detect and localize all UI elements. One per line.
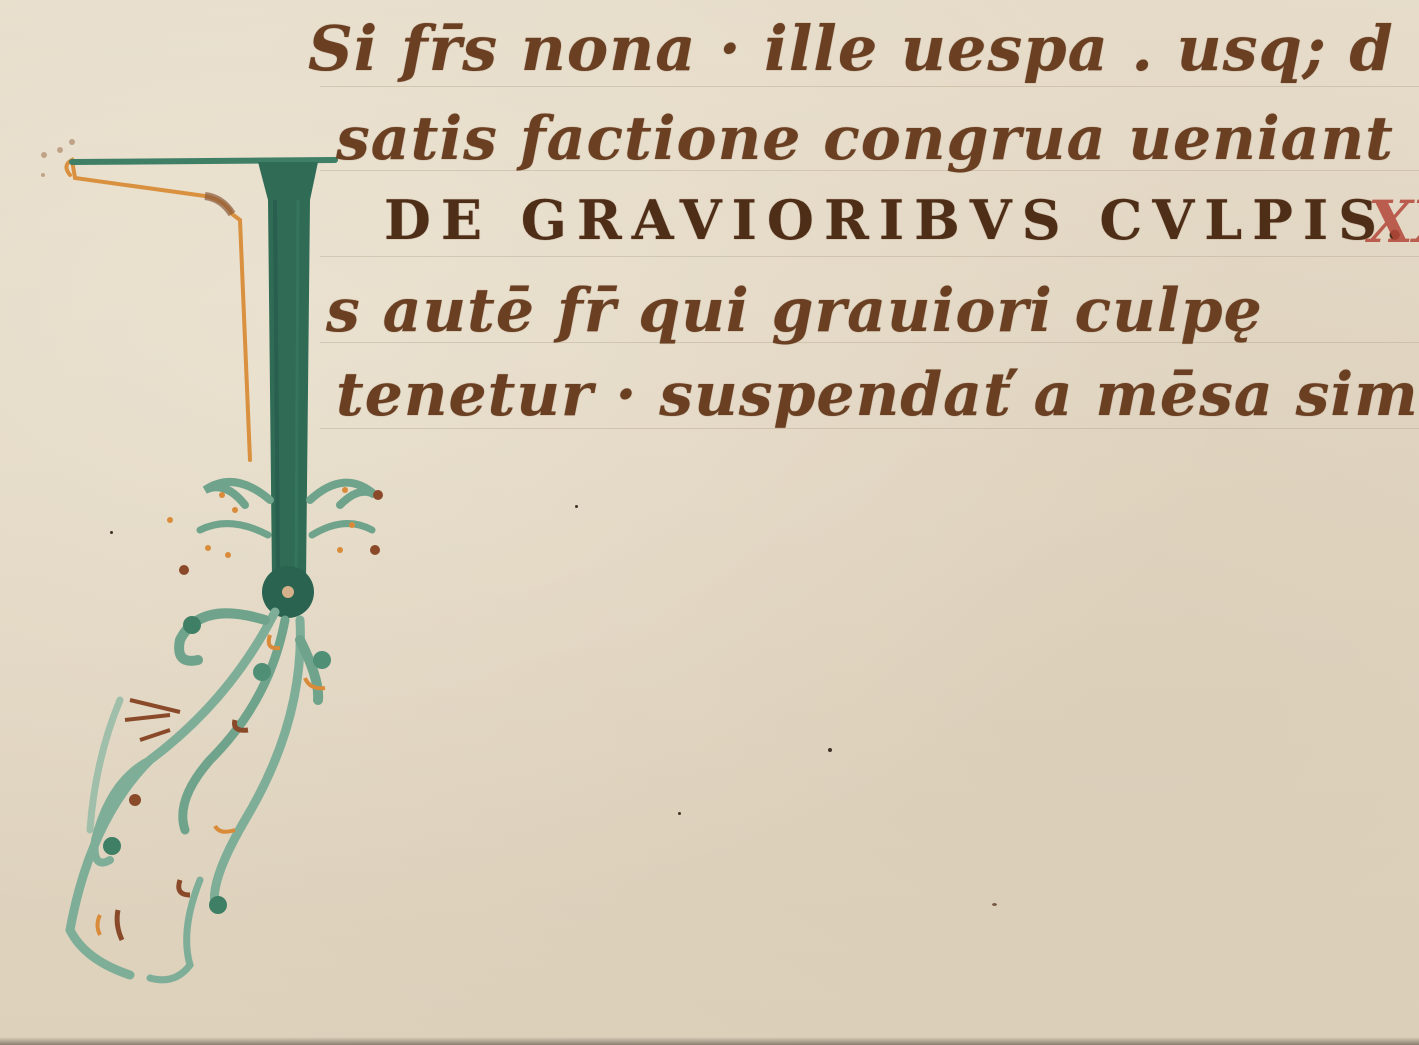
parchment-speck bbox=[110, 531, 113, 534]
text-line-5: tenetur · suspendať a mēsa sim bbox=[336, 360, 1419, 430]
parchment-speck bbox=[575, 505, 578, 508]
text-line-2: satis factione congrua ueniant bbox=[336, 104, 1394, 174]
rubric-numeral: XX bbox=[1368, 188, 1419, 256]
ruling-line bbox=[320, 256, 1419, 257]
ruling-line bbox=[320, 86, 1419, 87]
text-line-1: Si fr̄s nona · ille uespa . usq; d bbox=[308, 12, 1394, 85]
manuscript-page: Si fr̄s nona · ille uespa . usq; d satis… bbox=[0, 0, 1419, 1045]
parchment-speck bbox=[828, 748, 832, 752]
rubric-heading: DE GRAVIORIBVS CVLPIS. bbox=[384, 188, 1414, 252]
page-bottom-edge bbox=[0, 1037, 1419, 1045]
parchment-speck bbox=[992, 903, 997, 906]
parchment-speck bbox=[678, 812, 681, 815]
text-line-4: s autē fr̄ qui grauiori culpę bbox=[326, 276, 1263, 346]
